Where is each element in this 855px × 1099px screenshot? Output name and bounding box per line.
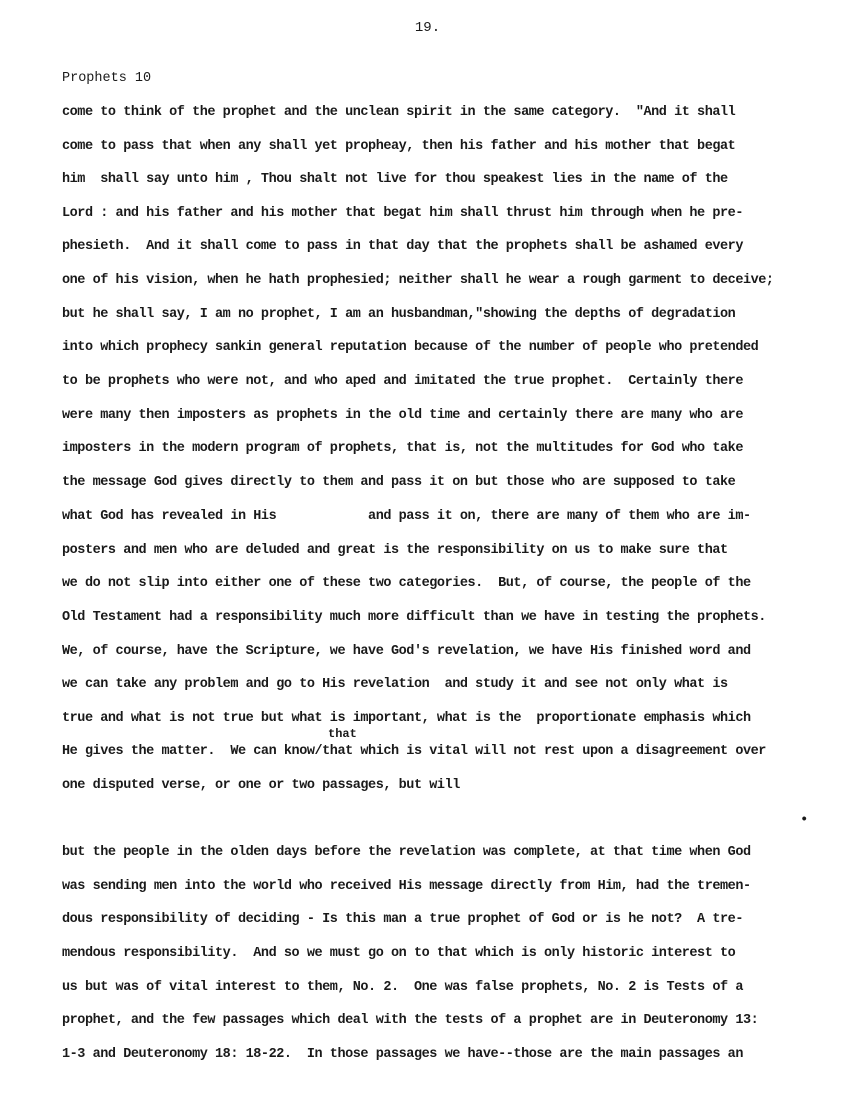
text-line: We, of course, have the Scripture, we ha… (62, 644, 751, 659)
text-line: He gives the matter. We can know/that wh… (62, 744, 766, 759)
text-line: but he shall say, I am no prophet, I am … (62, 307, 735, 322)
text-line: us but was of vital interest to them, No… (62, 980, 743, 995)
text-line: we do not slip into either one of these … (62, 576, 751, 591)
text-line: but the people in the olden days before … (62, 845, 751, 860)
text-line: were many then imposters as prophets in … (62, 408, 743, 423)
text-line: mendous responsibility. And so we must g… (62, 946, 735, 961)
text-line: we can take any problem and go to His re… (62, 677, 728, 692)
text-line: one of his vision, when he hath prophesi… (62, 273, 774, 288)
text-line: phesieth. And it shall come to pass in t… (62, 239, 743, 254)
text-line: was sending men into the world who recei… (62, 879, 751, 894)
text-line: Lord : and his father and his mother tha… (62, 206, 743, 221)
text-line: into which prophecy sankin general reput… (62, 340, 758, 355)
text-line: 1-3 and Deuteronomy 18: 18-22. In those … (62, 1047, 743, 1062)
text-line: prophet, and the few passages which deal… (62, 1013, 758, 1028)
text-line: the message God gives directly to them a… (62, 475, 735, 490)
text-line: come to pass that when any shall yet pro… (62, 139, 735, 154)
text-line: what God has revealed in His and pass it… (62, 509, 751, 524)
text-line: imposters in the modern program of proph… (62, 441, 743, 456)
text-line: dous responsibility of deciding - Is thi… (62, 912, 743, 927)
text-line: him shall say unto him , Thou shalt not … (62, 172, 728, 187)
interlinear-insert: that (328, 727, 357, 741)
text-line: posters and men who are deluded and grea… (62, 543, 728, 558)
text-line: true and what is not true but what is im… (62, 711, 751, 726)
text-line: to be prophets who were not, and who ape… (62, 374, 743, 389)
running-head: Prophets 10 (62, 71, 151, 86)
stray-mark: • (800, 812, 808, 828)
text-line: one disputed verse, or one or two passag… (62, 778, 460, 793)
page-number: 19. (0, 20, 855, 36)
text-line: Old Testament had a responsibility much … (62, 610, 766, 625)
text-line: come to think of the prophet and the unc… (62, 105, 735, 120)
